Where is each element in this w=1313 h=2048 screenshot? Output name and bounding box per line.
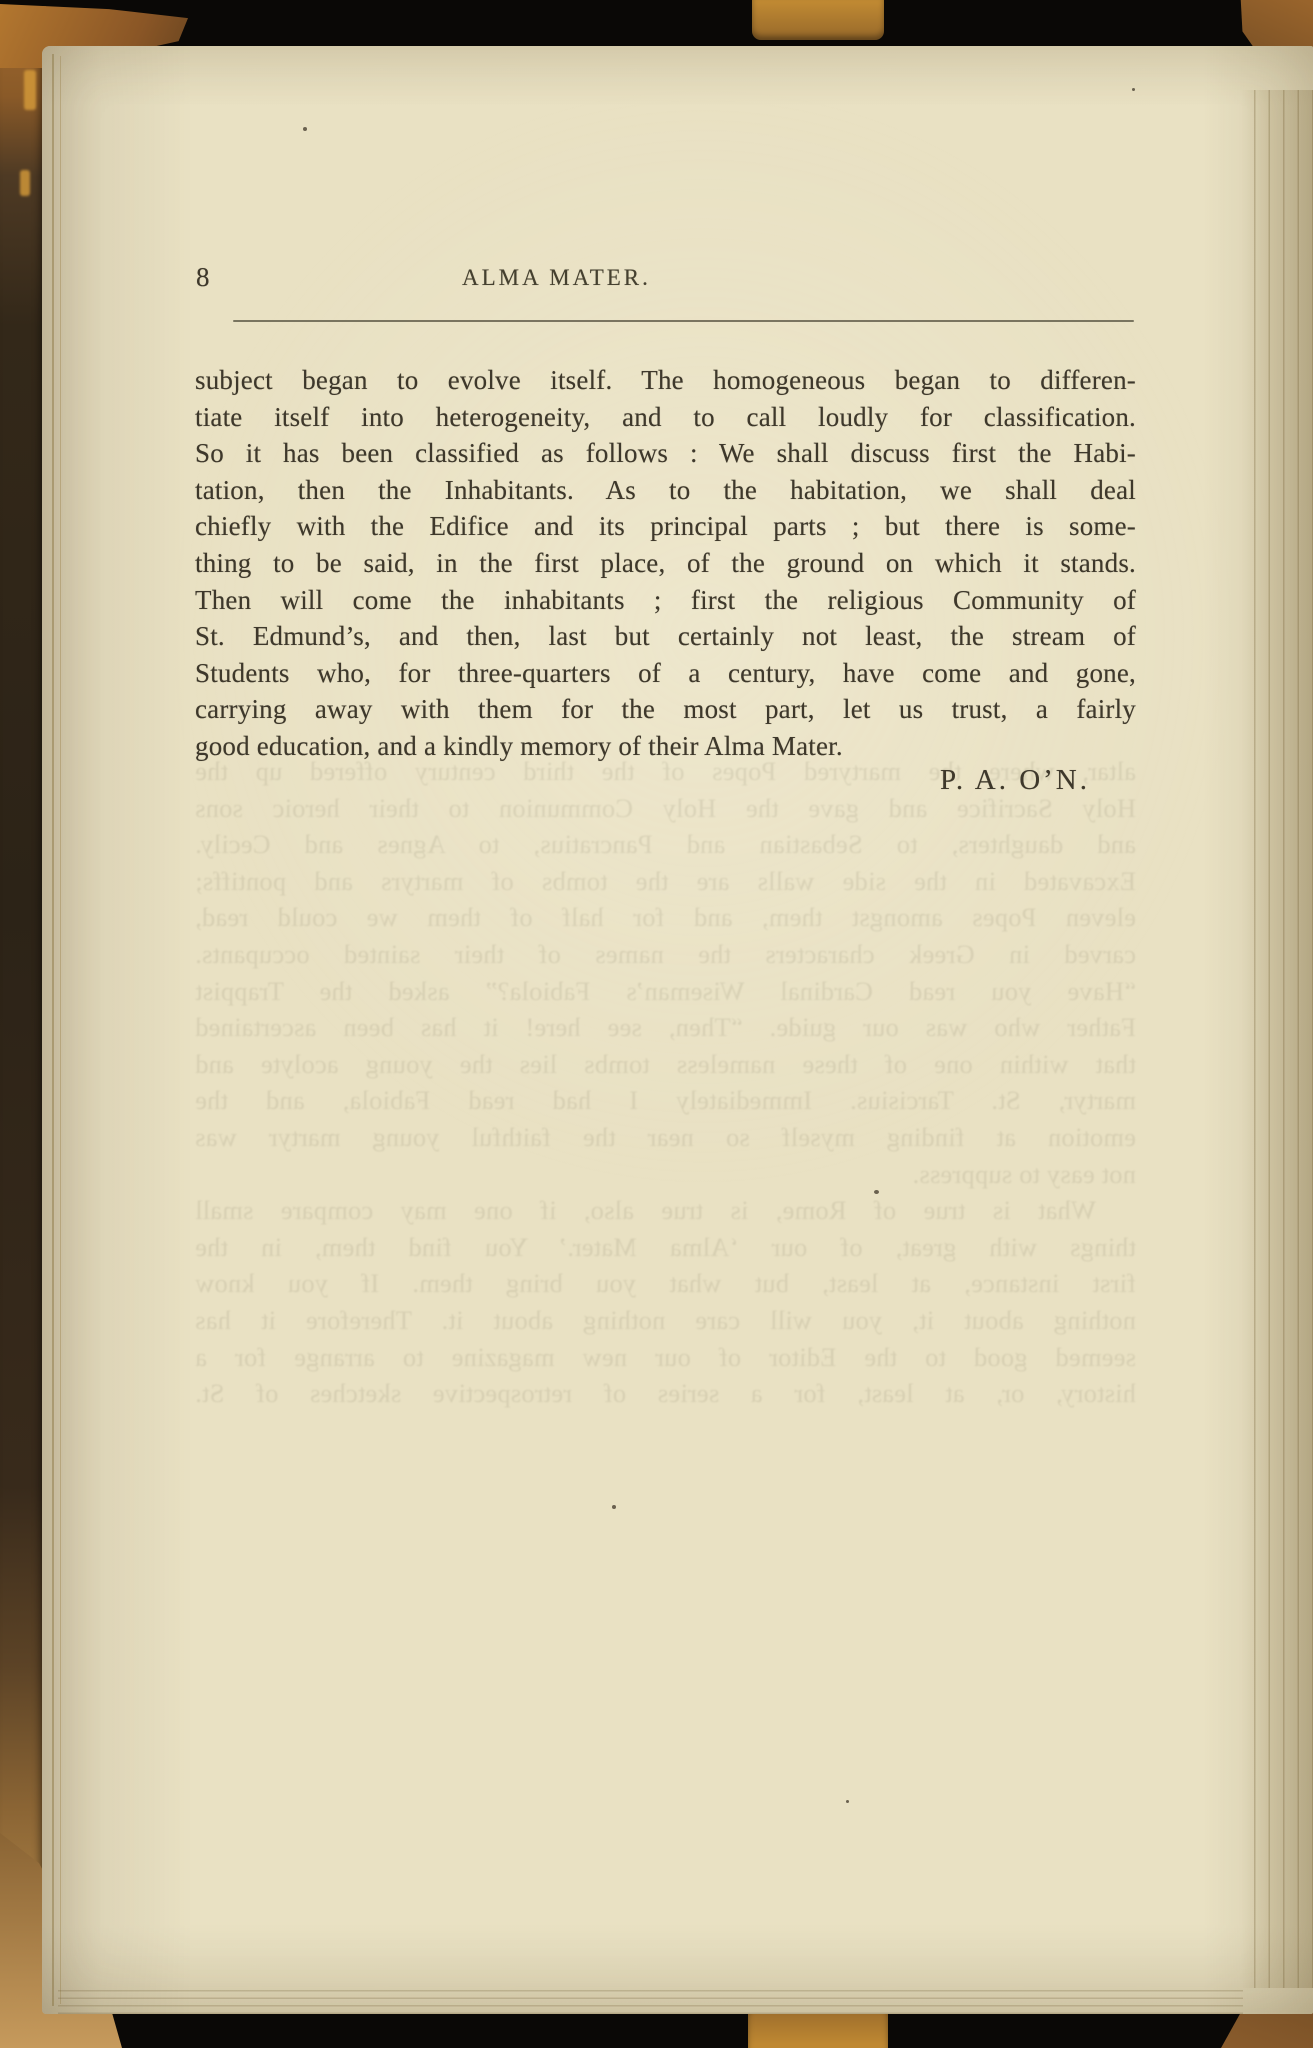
page-number: 8 bbox=[196, 262, 210, 293]
paper-speck bbox=[1132, 88, 1135, 91]
body-line: Then will come the inhabitants ; first t… bbox=[195, 582, 1136, 619]
body-line: So it has been classified as follows : W… bbox=[195, 435, 1136, 472]
book-spine-leather bbox=[0, 6, 46, 2048]
body-line: tation, then the Inhabitants. As to the … bbox=[195, 472, 1136, 509]
running-title: ALMA MATER. bbox=[462, 265, 651, 291]
leather-wear-chip bbox=[20, 170, 30, 196]
header-rule bbox=[233, 320, 1134, 322]
body-line: subject began to evolve itself. The homo… bbox=[195, 362, 1136, 399]
paper-speck bbox=[303, 127, 307, 131]
body-line: good education, and a kindly memory of t… bbox=[195, 728, 1136, 765]
gutter-crease-line bbox=[52, 54, 54, 2006]
author-initials-signature: P. A. O’N. bbox=[195, 764, 1136, 797]
scanned-book-page: altar, where the martyred Popes of the t… bbox=[0, 0, 1313, 2048]
paper-page bbox=[42, 46, 1313, 2014]
body-line: tiate itself into heterogeneity, and to … bbox=[195, 399, 1136, 436]
paper-speck bbox=[612, 1505, 616, 1509]
paper-texture-vignette bbox=[42, 46, 1313, 2014]
body-line: carrying away with them for the most par… bbox=[195, 691, 1136, 728]
paper-speck bbox=[846, 1800, 849, 1803]
body-line: chiefly with the Edifice and its princip… bbox=[195, 508, 1136, 545]
page-edge-stack-right bbox=[1241, 90, 1313, 1988]
body-line: thing to be said, in the first place, of… bbox=[195, 545, 1136, 582]
gutter-crease-line bbox=[60, 56, 61, 2004]
page-edge-stack-bottom bbox=[58, 1984, 1243, 2014]
spine-end-leather-top bbox=[752, 0, 884, 40]
body-line: St. Edmund’s, and then, last but certain… bbox=[195, 618, 1136, 655]
signature-text: P. A. O’N. bbox=[940, 764, 1090, 796]
leather-wear-chip bbox=[24, 70, 36, 110]
body-line: Students who, for three-quarters of a ce… bbox=[195, 655, 1136, 692]
paper-speck bbox=[874, 1190, 879, 1194]
body-paragraph: subject began to evolve itself. The homo… bbox=[195, 362, 1136, 765]
